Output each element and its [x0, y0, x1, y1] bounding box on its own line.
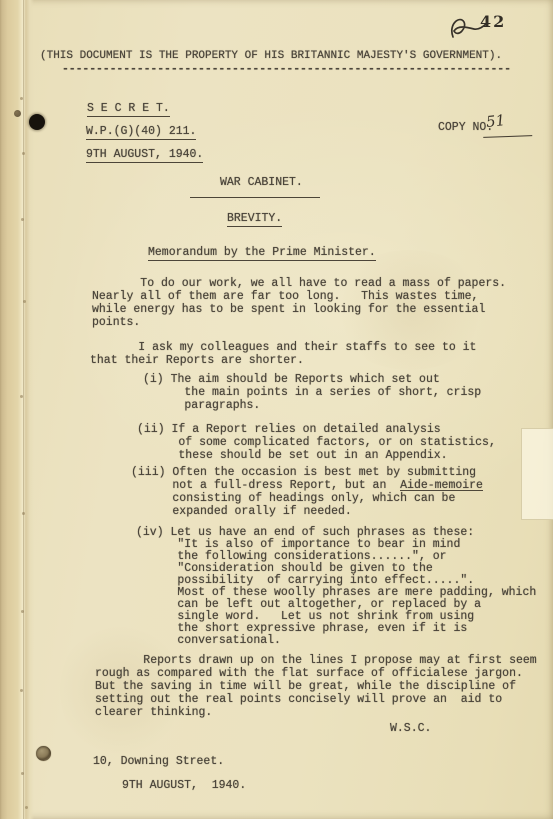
heading-rule [190, 189, 320, 198]
document-date: 9TH AUGUST, 1940. [86, 148, 203, 163]
reference-number: W.P.(G)(40) 211. [86, 125, 196, 140]
stitch-hole [22, 512, 25, 515]
aide-memoire-underline [400, 467, 483, 491]
address-line: 10, Downing Street. [93, 755, 224, 768]
list-item-iv: (iv) Let us have an end of such phrases … [136, 527, 536, 647]
paragraph-conclusion: Reports drawn up on the lines I propose … [95, 654, 537, 719]
stitch-hole [22, 152, 25, 155]
document-title: BREVITY. [227, 212, 282, 227]
page-number: 42 [480, 12, 506, 31]
paragraph-request: I ask my colleagues and their staffs to … [90, 341, 476, 367]
property-statement: (THIS DOCUMENT IS THE PROPERTY OF HIS BR… [40, 50, 502, 63]
paragraph-intro: To do our work, we all have to read a ma… [92, 277, 506, 329]
page-crease [23, 0, 24, 819]
stitch-hole [20, 395, 23, 398]
list-item-ii: (ii) If a Report relies on detailed anal… [137, 423, 496, 462]
stitch-hole [20, 97, 23, 100]
stitch-hole [20, 689, 23, 692]
punch-hole-top [29, 114, 45, 130]
copy-number-rule [483, 121, 532, 138]
stitch-hole [21, 772, 24, 775]
organisation-heading: WAR CABINET. [220, 176, 303, 189]
dashed-divider: ----------------------------------------… [62, 63, 511, 76]
signature-initials: W.S.C. [390, 722, 431, 735]
stitch-hole [23, 300, 26, 303]
document-subtitle: Memorandum by the Prime Minister. [148, 246, 376, 261]
list-item-i: (i) The aim should be Reports which set … [143, 373, 481, 412]
stitch-hole [21, 610, 24, 613]
punch-hole-bottom [36, 746, 51, 761]
classification-marking: S E C R E T. [87, 102, 170, 117]
document-page: 42 (THIS DOCUMENT IS THE PROPERTY OF HIS… [0, 0, 553, 819]
footer-date: 9TH AUGUST, 1940. [122, 779, 246, 792]
corner-annotation: 42 [444, 10, 544, 44]
stitch-hole [25, 806, 28, 809]
stitch-hole [21, 218, 24, 221]
pin-hole [14, 110, 21, 117]
tape-patch [521, 428, 553, 520]
